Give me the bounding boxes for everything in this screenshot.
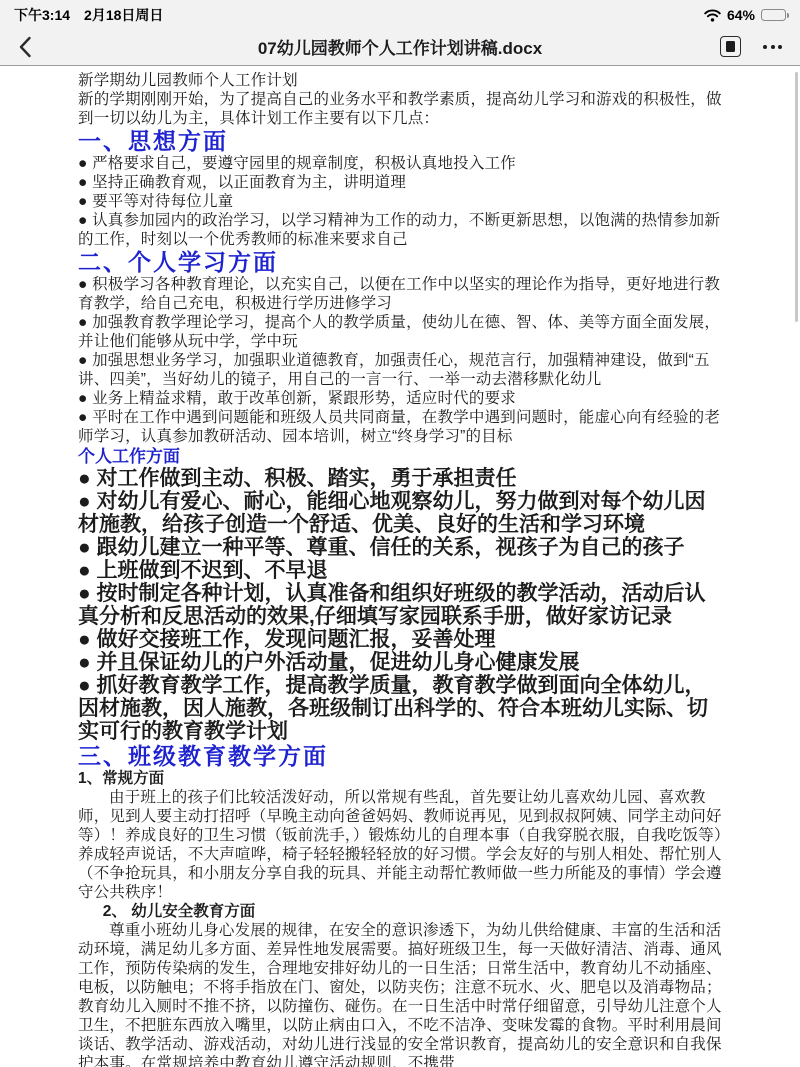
bullet-item-large: ● 上班做到不迟到、不早退 — [78, 559, 724, 582]
paragraph-indented: 由于班上的孩子们比较活泼好动，所以常规有些乱，首先要让幼儿喜欢幼儿园、喜欢教师，… — [78, 788, 724, 902]
status-date: 2月18日周日 — [84, 5, 163, 25]
status-bar: 下午3:14 2月18日周日 64% — [0, 0, 800, 28]
document-title: 07幼儿园教师个人工作计划讲稿.docx — [0, 34, 800, 59]
bullet-item: ● 要平等对待每位儿童 — [78, 192, 724, 211]
bullet-item: ● 坚持正确教育观，以正面教育为主，讲明道理 — [78, 173, 724, 192]
bullet-item: ● 加强教育教学理论学习，提高个人的教学质量，使幼儿在德、智、体、美等方面全面发… — [78, 313, 724, 351]
sub-heading: 个人工作方面 — [78, 446, 724, 467]
bullet-item-large: ● 对工作做到主动、积极、踏实，勇于承担责任 — [78, 467, 724, 490]
section-heading: 一、思想方面 — [78, 128, 724, 154]
bold-subheading: 2、 幼儿安全教育方面 — [78, 902, 724, 921]
bullet-item-large: ● 并且保证幼儿的户外活动量，促进幼儿身心健康发展 — [78, 651, 724, 674]
reader-view-button[interactable] — [720, 36, 741, 57]
more-button[interactable] — [763, 39, 782, 55]
bullet-item-large: ● 按时制定各种计划，认真准备和组织好班级的教学活动，活动后认真分析和反思活动的… — [78, 582, 724, 628]
more-ellipsis-icon — [763, 45, 767, 49]
nav-bar: 07幼儿园教师个人工作计划讲稿.docx — [0, 28, 800, 65]
section-heading: 三、班级教育教学方面 — [78, 743, 724, 769]
paragraph-indented: 尊重小班幼儿身心发展的规律，在安全的意识渗透下，为幼儿供给健康、丰富的生活和活动… — [78, 921, 724, 1067]
paragraph: 新学期幼儿园教师个人工作计划 — [78, 71, 724, 90]
status-time: 下午3:14 — [14, 5, 70, 25]
bullet-item-large: ● 抓好教育教学工作，提高教学质量，教育教学做到面向全体幼儿，因材施教，因人施教… — [78, 674, 724, 743]
bullet-item: ● 积极学习各种教育理论，以充实自己，以便在工作中以坚实的理论作为指导，更好地进… — [78, 275, 724, 313]
battery-icon — [761, 9, 786, 21]
bullet-item-large: ● 做好交接班工作，发现问题汇报，妥善处理 — [78, 628, 724, 651]
bullet-item-large: ● 跟幼儿建立一种平等、尊重、信任的关系，视孩子为自己的孩子 — [78, 536, 724, 559]
bullet-item: ● 加强思想业务学习，加强职业道德教育，加强责任心，规范言行，加强精神建设，做到… — [78, 351, 724, 389]
scrollbar-thumb[interactable] — [795, 72, 798, 322]
document-body: 新学期幼儿园教师个人工作计划新的学期刚刚开始，为了提高自己的业务水平和教学素质，… — [0, 66, 800, 1067]
top-bars: 下午3:14 2月18日周日 64% 07幼 — [0, 0, 800, 66]
bullet-item: ● 认真参加园内的政治学习，以学习精神为工作的动力，不断更新思想，以饱满的热情参… — [78, 211, 724, 249]
bullet-item: ● 严格要求自己，要遵守园里的规章制度，积极认真地投入工作 — [78, 154, 724, 173]
bullet-item: ● 业务上精益求精，敢于改革创新，紧跟形势，适应时代的要求 — [78, 389, 724, 408]
bold-subheading: 1、常规方面 — [78, 769, 724, 788]
battery-percent: 64% — [727, 7, 755, 23]
section-heading: 二、个人学习方面 — [78, 249, 724, 275]
back-button[interactable] — [18, 32, 48, 62]
paragraph: 新的学期刚刚开始，为了提高自己的业务水平和教学素质，提高幼儿学习和游戏的积极性，… — [78, 90, 724, 128]
bullet-item-large: ● 对幼儿有爱心、耐心，能细心地观察幼儿，努力做到对每个幼儿因材施教，给孩子创造… — [78, 490, 724, 536]
bullet-item: ● 平时在工作中遇到问题能和班级人员共同商量，在教学中遇到问题时，能虚心向有经验… — [78, 408, 724, 446]
wifi-icon — [704, 9, 721, 22]
reader-view-icon — [726, 41, 735, 52]
back-chevron-icon — [18, 36, 32, 58]
